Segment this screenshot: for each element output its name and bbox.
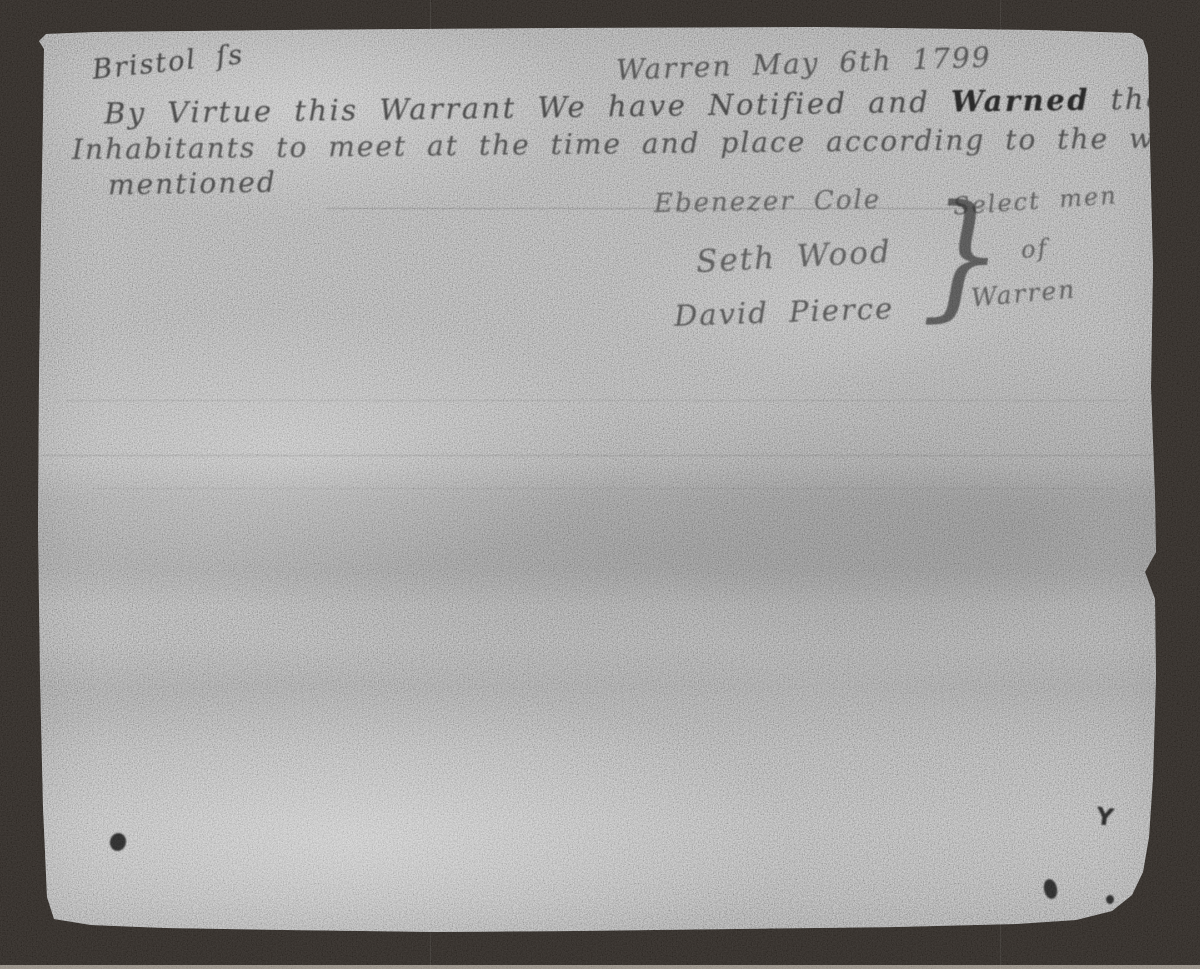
warned-word-emphasis: Warned	[951, 83, 1090, 119]
scanned-document-screenshot: Bristol ſs Warren May 6th 1799 By Virtue…	[0, 0, 1200, 969]
manuscript-page: Bristol ſs Warren May 6th 1799 By Virtue…	[36, 27, 1157, 932]
attestation-line-2: of	[1020, 234, 1049, 264]
scan-bottom-edge	[0, 965, 1200, 969]
return-statement-line-3: mentioned	[108, 166, 277, 202]
signature-ebenezer-cole: Ebenezer Cole	[654, 185, 882, 219]
ink-blot	[1106, 895, 1114, 904]
